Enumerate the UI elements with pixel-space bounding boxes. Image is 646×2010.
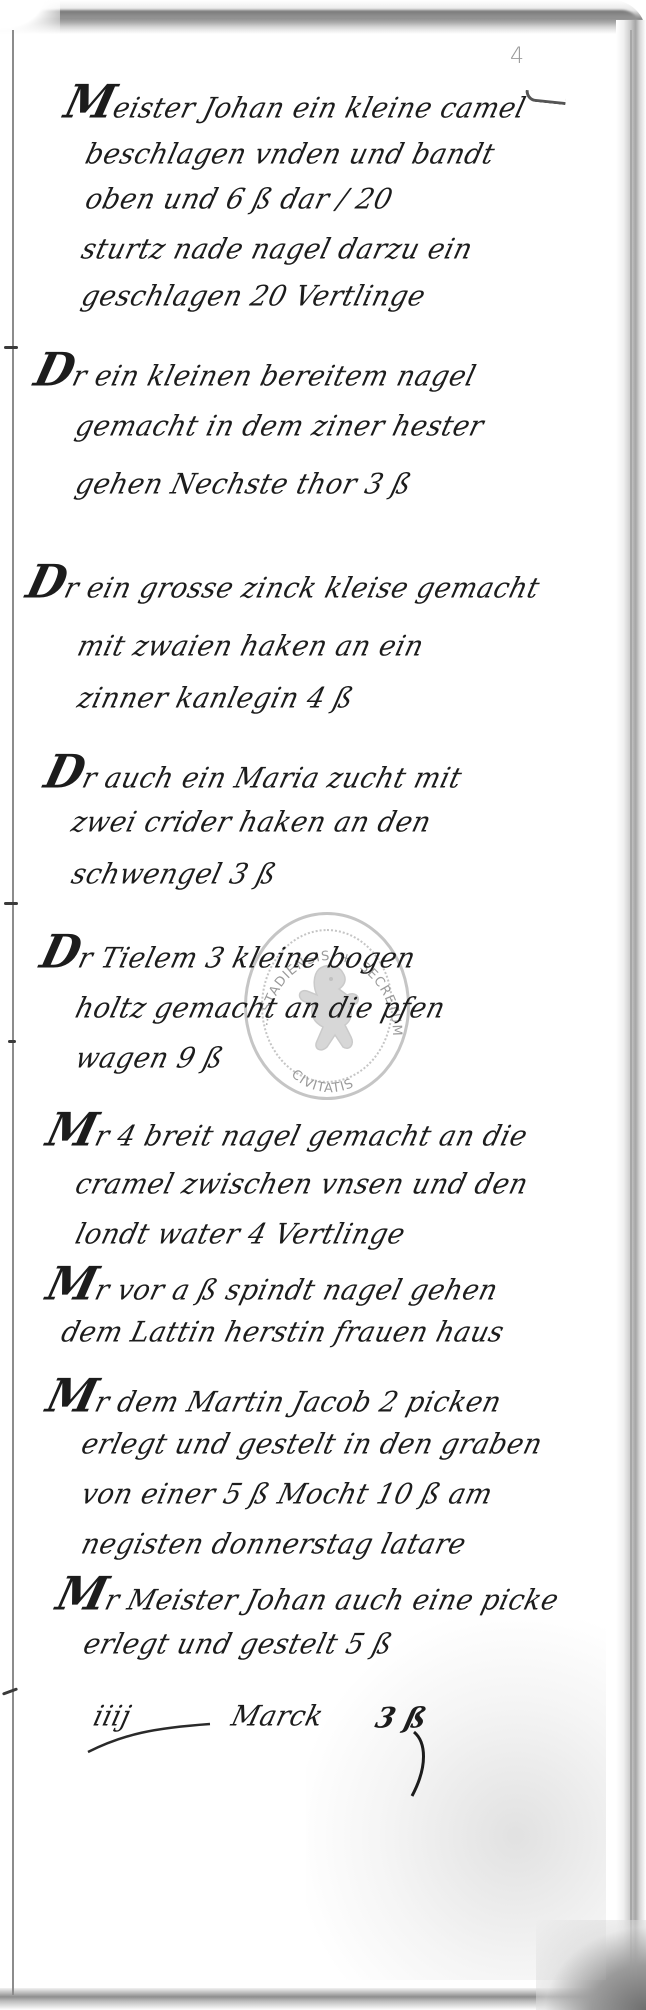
entry-text: r auch ein Maria zucht mit <box>79 762 465 795</box>
entry-line: Dr ein grosse zinck kleise gemacht <box>22 560 546 606</box>
entry-line: beschlagen vnden und bandt <box>82 138 498 171</box>
total-descender-stroke <box>404 1730 434 1800</box>
entry-line: londt water 4 Vertlinge <box>72 1218 409 1251</box>
entry-text: r Tielem 3 kleine bogen <box>75 942 419 975</box>
entry-line: Meister Johan ein kleine camel <box>60 80 532 126</box>
entry-text: eister Johan ein kleine camel <box>109 92 529 125</box>
entry-line: Dr ein kleinen bereitem nagel <box>30 348 482 394</box>
margin-tick-mark <box>2 1687 18 1695</box>
margin-tick-mark <box>4 346 18 349</box>
left-margin-rule <box>12 30 14 1995</box>
entry-line: negisten donnerstag latare <box>78 1528 470 1561</box>
entry-line: Mr 4 breit nagel gemacht an die <box>42 1108 534 1154</box>
folio-flourish <box>525 90 567 105</box>
total-unit: Marck <box>228 1700 327 1733</box>
entry-line: geschlagen 20 Vertlinge <box>78 280 429 313</box>
margin-tick-mark <box>8 1040 16 1043</box>
entry-text: r dem Martin Jacob 2 picken <box>91 1386 504 1419</box>
entry-line: sturtz nade nagel darzu ein <box>78 233 476 266</box>
entry-line: Dr Tielem 3 kleine bogen <box>36 930 422 976</box>
page-corner-top-left <box>0 0 60 40</box>
entry-line: zwei crider haken an den <box>68 806 435 839</box>
entry-text: r vor a ß spindt nagel gehen <box>91 1274 501 1307</box>
entry-line: von einer 5 ß Mocht 10 ß am <box>78 1478 496 1511</box>
entry-line: holtz gemacht an die pfen <box>72 992 449 1025</box>
entry-text: r 4 breit nagel gemacht an die <box>91 1120 530 1153</box>
folio-number: 4 <box>510 44 524 69</box>
entry-line: gemacht in dem ziner hester <box>72 410 487 443</box>
entry-line: cramel zwischen vnsen und den <box>72 1168 532 1201</box>
entry-line: schwengel 3 ß <box>68 858 280 891</box>
margin-tick-mark <box>4 902 18 905</box>
manuscript-page: 4 …STADIENSIS + SECRETUM CIVITATIS <box>0 0 646 2010</box>
entry-line: wagen 9 ß <box>72 1042 227 1075</box>
page-binding-line <box>630 30 632 1980</box>
entry-line: dem Lattin herstin frauen haus <box>58 1316 508 1349</box>
entry-line: mit zwaien haken an ein <box>74 630 427 663</box>
entry-line: zinner kanlegin 4 ß <box>74 682 357 715</box>
entry-line: Dr auch ein Maria zucht mit <box>40 750 468 796</box>
entry-line: Mr dem Martin Jacob 2 picken <box>42 1374 508 1420</box>
entry-line: Mr vor a ß spindt nagel gehen <box>42 1262 504 1308</box>
page-top-shadow <box>0 10 640 28</box>
entry-line: erlegt und gestelt in den graben <box>78 1428 546 1461</box>
svg-text:CIVITATIS: CIVITATIS <box>288 1067 356 1096</box>
seal-legend-bottom: CIVITATIS <box>288 1067 356 1096</box>
entry-line: Mr Meister Johan auch eine picke <box>52 1572 565 1618</box>
entry-text: r ein kleinen bereitem nagel <box>69 360 479 393</box>
entry-line: gehen Nechste thor 3 ß <box>72 468 415 501</box>
paper-foxing-stain <box>306 1620 606 1980</box>
entry-text: r Meister Johan auch eine picke <box>101 1584 562 1617</box>
entry-line: erlegt und gestelt 5 ß <box>80 1628 396 1661</box>
total-flourish-stroke <box>84 1716 214 1756</box>
entry-text: r ein grosse zinck kleise gemacht <box>61 572 543 605</box>
entry-line: oben und 6 ß dar / 20 <box>82 183 396 216</box>
